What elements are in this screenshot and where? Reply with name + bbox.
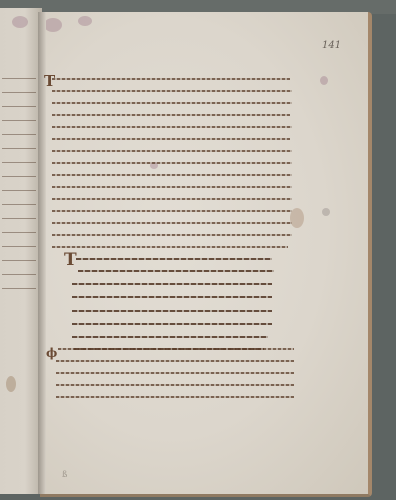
left-text-line <box>2 274 36 275</box>
left-text-line <box>2 162 36 163</box>
text-line <box>56 396 294 398</box>
left-text-line <box>2 190 36 191</box>
text-line <box>52 102 292 104</box>
left-text-line <box>2 204 36 205</box>
left-text-line <box>2 232 36 233</box>
stain <box>320 76 328 85</box>
right-page <box>40 12 372 497</box>
text-line <box>56 360 294 362</box>
left-page <box>0 8 42 494</box>
left-text-line <box>2 106 36 107</box>
text-line <box>52 198 292 200</box>
folio-number: 141 <box>322 40 341 51</box>
initial-letter: T <box>64 250 77 270</box>
marginal-mark: ϕ <box>46 346 57 360</box>
left-text-line <box>2 288 36 289</box>
text-line <box>52 222 292 224</box>
text-line <box>52 162 292 164</box>
text-line <box>56 384 294 386</box>
text-line <box>52 246 288 248</box>
text-line <box>52 114 290 116</box>
text-line-large <box>72 336 268 338</box>
text-line <box>52 174 292 176</box>
text-line <box>52 150 292 152</box>
left-text-line <box>2 246 36 247</box>
text-line <box>52 186 292 188</box>
left-text-line <box>2 148 36 149</box>
stain <box>6 376 16 392</box>
stain <box>290 208 304 228</box>
text-line-large <box>78 270 274 272</box>
text-line <box>52 126 292 128</box>
stain <box>12 16 28 28</box>
left-text-line <box>2 78 36 79</box>
stain <box>44 18 62 32</box>
left-text-line <box>2 218 36 219</box>
text-line <box>56 372 294 374</box>
left-text-line <box>2 120 36 121</box>
bottom-mark: ß <box>62 470 67 479</box>
text-line <box>52 78 290 80</box>
stain <box>322 208 330 216</box>
initial-letter: T <box>44 72 55 90</box>
text-line-large <box>72 296 272 298</box>
text-line-large <box>72 323 272 325</box>
text-line-large <box>76 258 272 260</box>
text-line <box>52 234 292 236</box>
text-line-large <box>72 310 272 312</box>
left-text-line <box>2 134 36 135</box>
stain <box>78 16 92 26</box>
left-text-line <box>2 260 36 261</box>
left-text-line <box>2 92 36 93</box>
text-line <box>52 90 292 92</box>
text-line <box>52 138 290 140</box>
text-line-large <box>72 283 272 285</box>
text-line <box>52 210 292 212</box>
text-line <box>58 348 294 350</box>
left-text-line <box>2 176 36 177</box>
